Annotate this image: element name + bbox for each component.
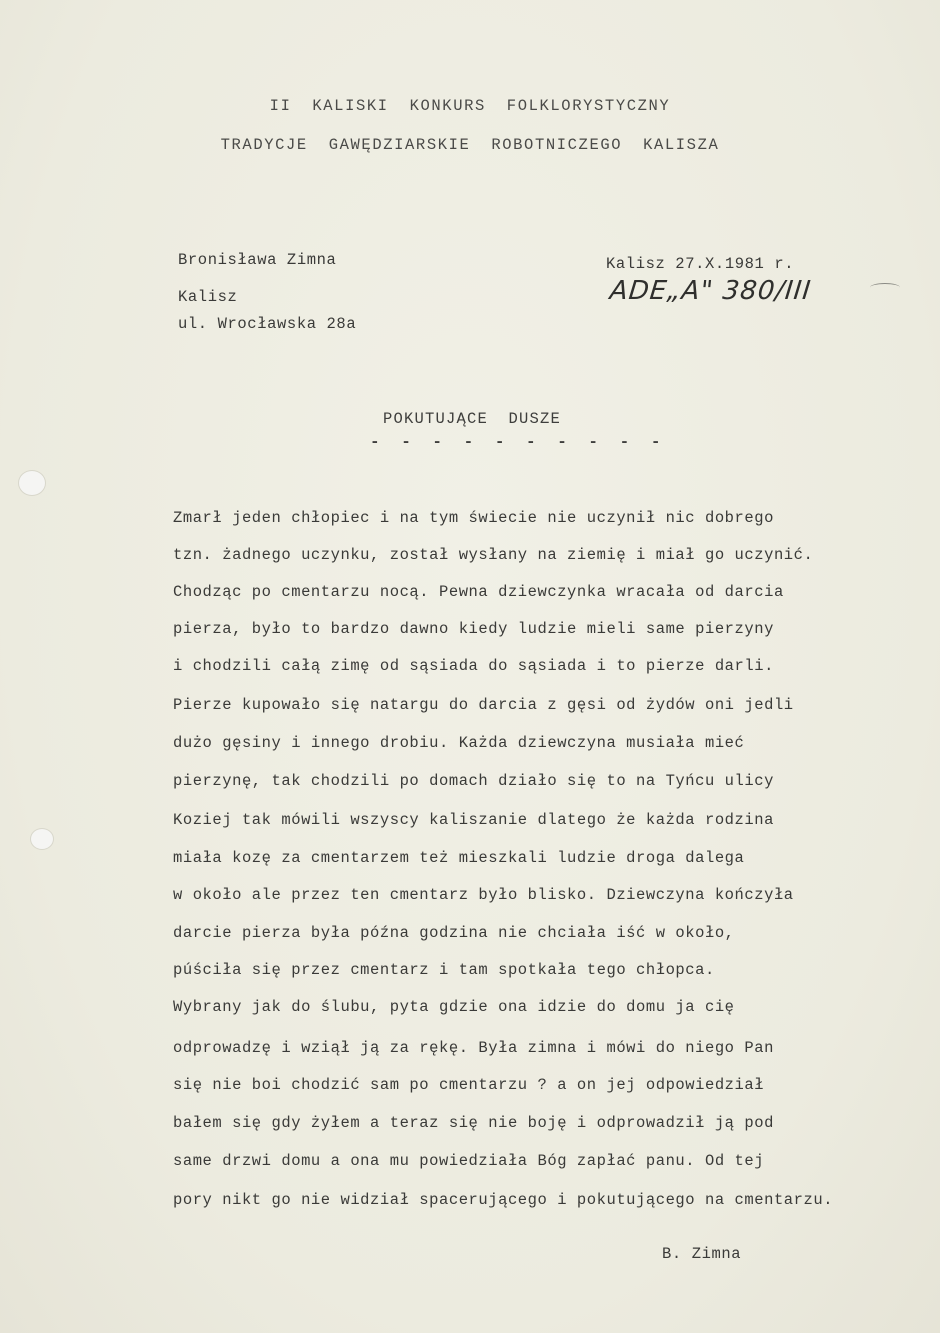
body-line: dużo gęsiny i innego drobiu. Każda dziew… <box>173 734 744 752</box>
body-line: bałem się gdy żyłem a teraz się nie boję… <box>173 1114 774 1132</box>
body-line: pory nikt go nie widział spacerującego i… <box>173 1191 833 1209</box>
body-line: Pierze kupowało się natargu do darcia z … <box>173 696 794 714</box>
punch-hole-top <box>18 470 46 496</box>
author-city: Kalisz <box>178 288 237 306</box>
body-line: same drzwi domu a ona mu powiedziała Bóg… <box>173 1152 764 1170</box>
body-line: Koziej tak mówili wszyscy kaliszanie dla… <box>173 811 774 829</box>
body-line: púściła się przez cmentarz i tam spotkał… <box>173 961 715 979</box>
body-line: się nie boi chodzić sam po cmentarzu ? a… <box>173 1076 764 1094</box>
title-underline: - - - - - - - - - - <box>370 433 666 451</box>
body-line: miała kozę za cmentarzem też mieszkali l… <box>173 849 744 867</box>
contest-subtitle: TRADYCJE GAWĘDZIARSKIE ROBOTNICZEGO KALI… <box>0 136 940 154</box>
body-line: pierza, było to bardzo dawno kiedy ludzi… <box>173 620 774 638</box>
date-place: Kalisz 27.X.1981 r. <box>606 255 794 273</box>
story-title: POKUTUJĄCE DUSZE <box>383 410 561 428</box>
punch-hole-bottom <box>30 828 54 850</box>
body-line: i chodzili całą zimę od sąsiada do sąsia… <box>173 657 774 675</box>
body-line: pierzynę, tak chodzili po domach działo … <box>173 772 774 790</box>
body-line: Chodząc po cmentarzu nocą. Pewna dziewcz… <box>173 583 784 601</box>
body-line: darcie pierza była późna godzina nie chc… <box>173 924 735 942</box>
typewritten-page: II KALISKI KONKURS FOLKLORYSTYCZNY TRADY… <box>0 0 940 1333</box>
author-address: ul. Wrocławska 28a <box>178 315 356 333</box>
body-line: Zmarł jeden chłopiec i na tym świecie ni… <box>173 509 774 527</box>
body-line: tzn. żadnego uczynku, został wysłany na … <box>173 546 813 564</box>
archive-signature: ADE„A" 380/III <box>608 276 812 306</box>
body-line: odprowadzę i wziął ją za rękę. Była zimn… <box>173 1039 774 1057</box>
contest-title: II KALISKI KONKURS FOLKLORYSTYCZNY <box>0 97 940 115</box>
closing-signature: B. Zimna <box>662 1245 741 1263</box>
author-name: Bronisława Zimna <box>178 251 336 269</box>
pencil-mark <box>870 283 900 292</box>
body-line: w około ale przez ten cmentarz było blis… <box>173 886 794 904</box>
body-line: Wybrany jak do ślubu, pyta gdzie ona idz… <box>173 998 735 1016</box>
